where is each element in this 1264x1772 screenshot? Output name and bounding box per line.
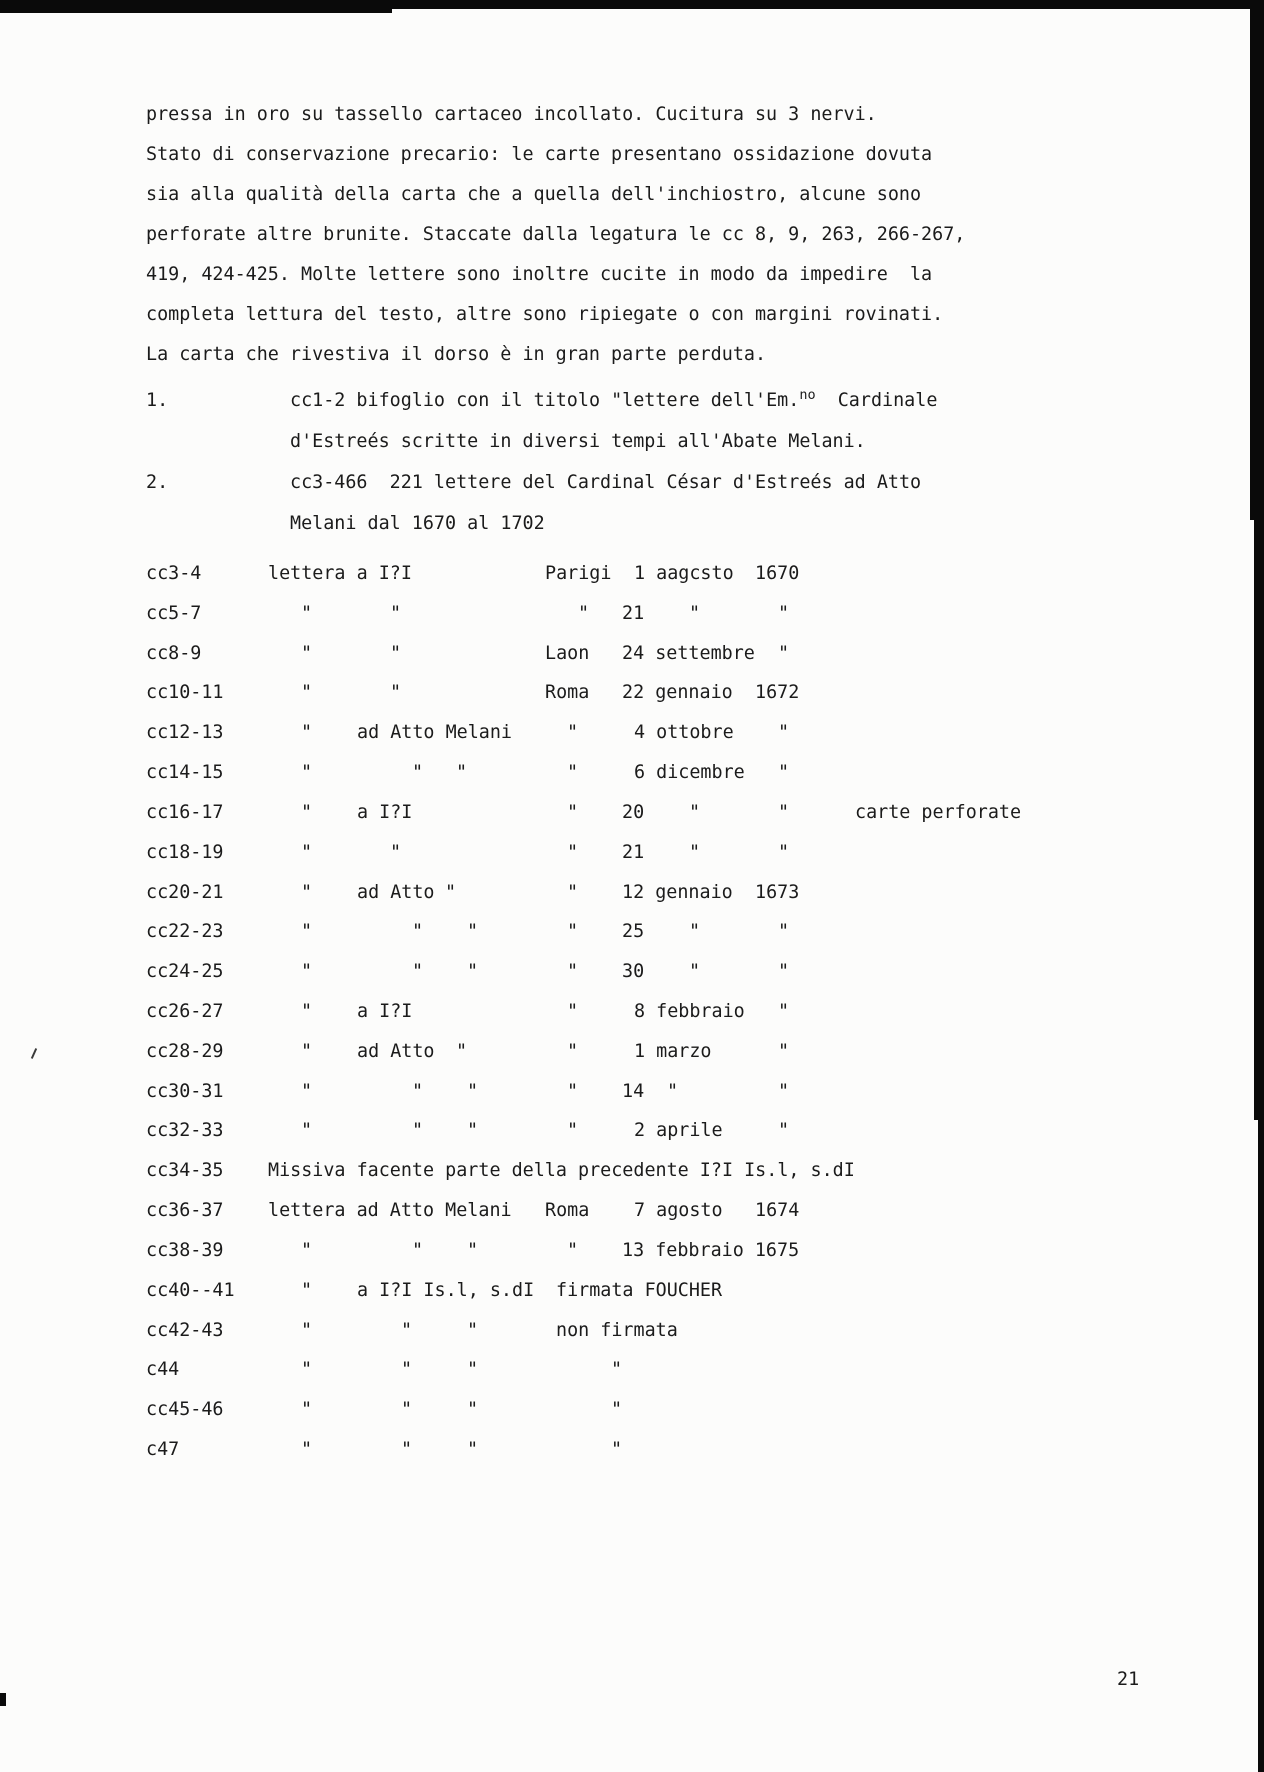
- row-cell: 13 febbraio 1675: [622, 1240, 799, 1262]
- row-cell: a I?I: [357, 1001, 412, 1023]
- row-cell: 21: [622, 842, 644, 864]
- row-cell: 8 febbraio: [634, 1001, 745, 1023]
- ditto-mark: ": [301, 961, 312, 983]
- row-ref: c44: [146, 1359, 179, 1381]
- row-cell: 1 marzo: [634, 1041, 712, 1063]
- ditto-mark: ": [301, 1280, 312, 1302]
- ditto-mark: ": [390, 682, 401, 704]
- row-cell: lettera a I?I: [268, 563, 412, 585]
- intro-line: 419, 424-425. Molte lettere sono inoltre…: [146, 264, 932, 286]
- ditto-mark: ": [689, 921, 700, 943]
- ditto-mark: ": [778, 1001, 789, 1023]
- ditto-mark: ": [611, 1399, 622, 1421]
- ditto-mark: ": [778, 762, 789, 784]
- list-item-text: d'Estreés scritte in diversi tempi all'A…: [290, 431, 866, 453]
- row-cell: 1674: [755, 1200, 799, 1222]
- row-ref: cc14-15: [146, 762, 224, 784]
- row-ref: cc18-19: [146, 842, 224, 864]
- list-item-number: 2.: [146, 472, 168, 494]
- ditto-mark: ": [301, 1399, 312, 1421]
- ditto-mark: ": [301, 1001, 312, 1023]
- row-cell: 30: [622, 961, 644, 983]
- ditto-mark: ": [301, 762, 312, 784]
- row-cell: a I?I Is.l, s.dI: [357, 1280, 534, 1302]
- row-cell: 6 dicembre: [634, 762, 745, 784]
- row-ref: cc20-21: [146, 882, 224, 904]
- ditto-mark: ": [578, 603, 589, 625]
- ditto-mark: ": [689, 603, 700, 625]
- ditto-mark: ": [467, 1120, 478, 1142]
- ditto-mark: ": [456, 1041, 467, 1063]
- row-cell: 7 agosto: [634, 1200, 723, 1222]
- row-ref: cc26-27: [146, 1001, 224, 1023]
- ditto-mark: ": [467, 1320, 478, 1342]
- scan-right-edge: [1254, 520, 1264, 1120]
- row-ref: cc40--41: [146, 1280, 235, 1302]
- ditto-mark: ": [611, 1359, 622, 1381]
- ditto-mark: ": [689, 802, 700, 824]
- intro-line: completa lettura del testo, altre sono r…: [146, 304, 943, 326]
- list-item-number: 1.: [146, 390, 168, 412]
- row-ref: cc45-46: [146, 1399, 224, 1421]
- row-cell: 1672: [755, 682, 799, 704]
- ditto-mark: ": [778, 802, 789, 824]
- row-ref: cc42-43: [146, 1320, 224, 1342]
- stray-pen-mark: [31, 1048, 37, 1059]
- ditto-mark: ": [467, 961, 478, 983]
- ditto-mark: ": [301, 802, 312, 824]
- ditto-mark: ": [667, 1081, 678, 1103]
- intro-line: perforate altre brunite. Staccate dalla …: [146, 224, 965, 246]
- ditto-mark: ": [301, 603, 312, 625]
- ditto-mark: ": [567, 1120, 578, 1142]
- list-item-text: cc3-466 221 lettere del Cardinal César d…: [290, 472, 921, 494]
- ditto-mark: ": [301, 1041, 312, 1063]
- ditto-mark: ": [412, 762, 423, 784]
- row-cell: ad Atto: [357, 1041, 435, 1063]
- row-ref: cc32-33: [146, 1120, 224, 1142]
- ditto-mark: ": [467, 1359, 478, 1381]
- row-cell: firmata FOUCHER: [556, 1280, 722, 1302]
- ditto-mark: ": [412, 1240, 423, 1262]
- row-cell: 21: [622, 603, 644, 625]
- scan-left-tick: [0, 1693, 6, 1706]
- ditto-mark: ": [301, 842, 312, 864]
- row-ref: cc22-23: [146, 921, 224, 943]
- scan-right-edge: [1258, 1120, 1264, 1772]
- list-item-text: cc1-2 bifoglio con il titolo "lettere de…: [290, 390, 937, 412]
- row-ref: cc38-39: [146, 1240, 224, 1262]
- row-cell: 2 aprile: [634, 1120, 723, 1142]
- scan-right-edge: [1250, 0, 1264, 520]
- list-item-text-post: Cardinale: [816, 390, 938, 411]
- scanned-page: pressa in oro su tassello cartaceo incol…: [0, 0, 1264, 1772]
- row-cell: 22 gennaio: [622, 682, 733, 704]
- ditto-mark: ": [778, 722, 789, 744]
- list-item-text: Melani dal 1670 al 1702: [290, 513, 545, 535]
- row-ref: cc34-35: [146, 1160, 224, 1182]
- row-cell: 4 ottobre: [634, 722, 734, 744]
- ditto-mark: ": [567, 1041, 578, 1063]
- ditto-mark: ": [301, 882, 312, 904]
- ditto-mark: ": [567, 722, 578, 744]
- row-cell: 1673: [755, 882, 799, 904]
- ditto-mark: ": [567, 842, 578, 864]
- row-cell: 14: [622, 1081, 644, 1103]
- ditto-mark: ": [611, 1439, 622, 1461]
- row-cell: non firmata: [556, 1320, 678, 1342]
- ditto-mark: ": [412, 961, 423, 983]
- row-ref: cc36-37: [146, 1200, 224, 1222]
- row-ref: cc5-7: [146, 603, 201, 625]
- ditto-mark: ": [467, 921, 478, 943]
- ditto-mark: ": [301, 1081, 312, 1103]
- row-cell: Roma: [545, 1200, 589, 1222]
- row-ref: cc8-9: [146, 643, 201, 665]
- ditto-mark: ": [401, 1439, 412, 1461]
- ditto-mark: ": [390, 603, 401, 625]
- row-ref: cc12-13: [146, 722, 224, 744]
- ditto-mark: ": [456, 762, 467, 784]
- scan-top-edge-thick: [0, 0, 392, 13]
- ditto-mark: ": [778, 603, 789, 625]
- ditto-mark: ": [412, 921, 423, 943]
- ditto-mark: ": [301, 1359, 312, 1381]
- row-cell: Roma: [545, 682, 589, 704]
- row-cell: carte perforate: [855, 802, 1021, 824]
- row-cell: 20: [622, 802, 644, 824]
- ditto-mark: ": [301, 1120, 312, 1142]
- ditto-mark: ": [301, 643, 312, 665]
- ditto-mark: ": [412, 1081, 423, 1103]
- row-cell: Laon: [545, 643, 589, 665]
- ditto-mark: ": [301, 1240, 312, 1262]
- ditto-mark: ": [412, 1120, 423, 1142]
- row-cell: 12 gennaio: [622, 882, 733, 904]
- ditto-mark: ": [445, 882, 456, 904]
- ditto-mark: ": [467, 1240, 478, 1262]
- ditto-mark: ": [467, 1439, 478, 1461]
- row-ref: cc24-25: [146, 961, 224, 983]
- row-cell: a I?I: [357, 802, 412, 824]
- row-cell: ad Atto: [357, 882, 435, 904]
- row-cell: 25: [622, 921, 644, 943]
- ditto-mark: ": [301, 1320, 312, 1342]
- ditto-mark: ": [301, 722, 312, 744]
- page-number: 21: [1117, 1669, 1139, 1690]
- ditto-mark: ": [778, 842, 789, 864]
- ditto-mark: ": [301, 921, 312, 943]
- ditto-mark: ": [567, 961, 578, 983]
- ditto-mark: ": [567, 1081, 578, 1103]
- ditto-mark: ": [301, 682, 312, 704]
- ditto-mark: ": [689, 842, 700, 864]
- ditto-mark: ": [689, 961, 700, 983]
- row-ref: cc28-29: [146, 1041, 224, 1063]
- ditto-mark: ": [778, 643, 789, 665]
- ditto-mark: ": [567, 1001, 578, 1023]
- ditto-mark: ": [401, 1359, 412, 1381]
- superscript-no: no: [799, 388, 815, 404]
- ditto-mark: ": [567, 1240, 578, 1262]
- list-item-text-pre: cc1-2 bifoglio con il titolo "lettere de…: [290, 390, 799, 411]
- ditto-mark: ": [567, 882, 578, 904]
- intro-line: sia alla qualità della carta che a quell…: [146, 184, 921, 206]
- row-cell: lettera ad Atto Melani: [268, 1200, 512, 1222]
- row-ref: c47: [146, 1439, 179, 1461]
- ditto-mark: ": [778, 1120, 789, 1142]
- row-cell: 1670: [755, 563, 799, 585]
- intro-line: Stato di conservazione precario: le cart…: [146, 144, 932, 166]
- row-cell: 24 settembre: [622, 643, 755, 665]
- ditto-mark: ": [301, 1439, 312, 1461]
- ditto-mark: ": [401, 1320, 412, 1342]
- intro-line: La carta che rivestiva il dorso è in gra…: [146, 344, 766, 366]
- row-cell: Missiva facente parte della precedente I…: [268, 1160, 855, 1182]
- ditto-mark: ": [567, 802, 578, 824]
- row-ref: cc16-17: [146, 802, 224, 824]
- row-cell: 1 aagcsto: [634, 563, 734, 585]
- ditto-mark: ": [778, 961, 789, 983]
- row-ref: cc30-31: [146, 1081, 224, 1103]
- intro-line: pressa in oro su tassello cartaceo incol…: [146, 104, 877, 126]
- ditto-mark: ": [778, 1041, 789, 1063]
- row-cell: ad Atto Melani: [357, 722, 512, 744]
- row-ref: cc10-11: [146, 682, 224, 704]
- ditto-mark: ": [567, 921, 578, 943]
- row-ref: cc3-4: [146, 563, 201, 585]
- ditto-mark: ": [467, 1081, 478, 1103]
- ditto-mark: ": [390, 643, 401, 665]
- ditto-mark: ": [390, 842, 401, 864]
- ditto-mark: ": [778, 921, 789, 943]
- ditto-mark: ": [401, 1399, 412, 1421]
- row-cell: Parigi: [545, 563, 611, 585]
- ditto-mark: ": [567, 762, 578, 784]
- ditto-mark: ": [778, 1081, 789, 1103]
- ditto-mark: ": [467, 1399, 478, 1421]
